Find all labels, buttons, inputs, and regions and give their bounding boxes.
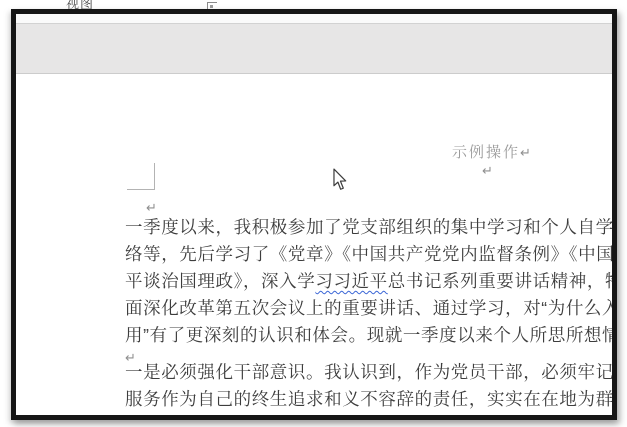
paragraph-mark-icon: ↵ xyxy=(520,145,531,160)
body-text-line[interactable]: 面深化改革第五次会议上的重要讲话、通过学习，对“为什么入党 xyxy=(125,299,617,318)
body-text-line[interactable]: 一是必须强化干部意识。我认识到，作为党员干部，必须牢记党 xyxy=(125,363,617,382)
caption-label: 示例操作 xyxy=(452,144,520,161)
body-text-line[interactable]: 用”有了更深刻的认识和体会。现就一季度以来个人所思所想情 xyxy=(125,326,617,345)
document-workspace xyxy=(16,24,612,74)
text-segment: 总书记系列重要讲话精神，特 xyxy=(388,271,617,291)
paragraph-mark-icon: ↵ xyxy=(146,200,157,216)
cropped-toolbar-strip: 视图 xyxy=(0,0,627,9)
text-segment: 平谈治国理政》，深入学 xyxy=(125,271,315,291)
caption-text[interactable]: 示例操作↵ xyxy=(452,141,531,162)
view-tab[interactable]: 视图 xyxy=(66,0,94,9)
screenshot-frame: 示例操作↵ ↵ ↵ 一季度以来，我积极参加了党支部组织的集中学习和个人自学， 络… xyxy=(11,9,617,420)
paragraph-mark-icon: ↵ xyxy=(482,163,493,179)
margin-corner-mark xyxy=(127,163,155,190)
body-text-line[interactable]: 服务作为自己的终生追求和义不容辞的责任，实实在在地为群众 xyxy=(125,390,617,409)
ribbon-remnant xyxy=(16,14,612,24)
body-text-line[interactable]: 平谈治国理政》，深入学习习近平总书记系列重要讲话精神，特 xyxy=(125,272,617,291)
spellcheck-flagged-text: 习习近平 xyxy=(315,271,387,291)
body-text-line[interactable]: 一季度以来，我积极参加了党支部组织的集中学习和个人自学， xyxy=(125,218,617,237)
mouse-cursor-icon xyxy=(332,168,348,191)
table-icon xyxy=(207,2,217,9)
body-text-line[interactable]: 络等，先后学习了《党章》《中国共产党党内监督条例》《中国共 xyxy=(125,245,617,264)
frame-content: 示例操作↵ ↵ ↵ 一季度以来，我积极参加了党支部组织的集中学习和个人自学， 络… xyxy=(16,14,612,415)
